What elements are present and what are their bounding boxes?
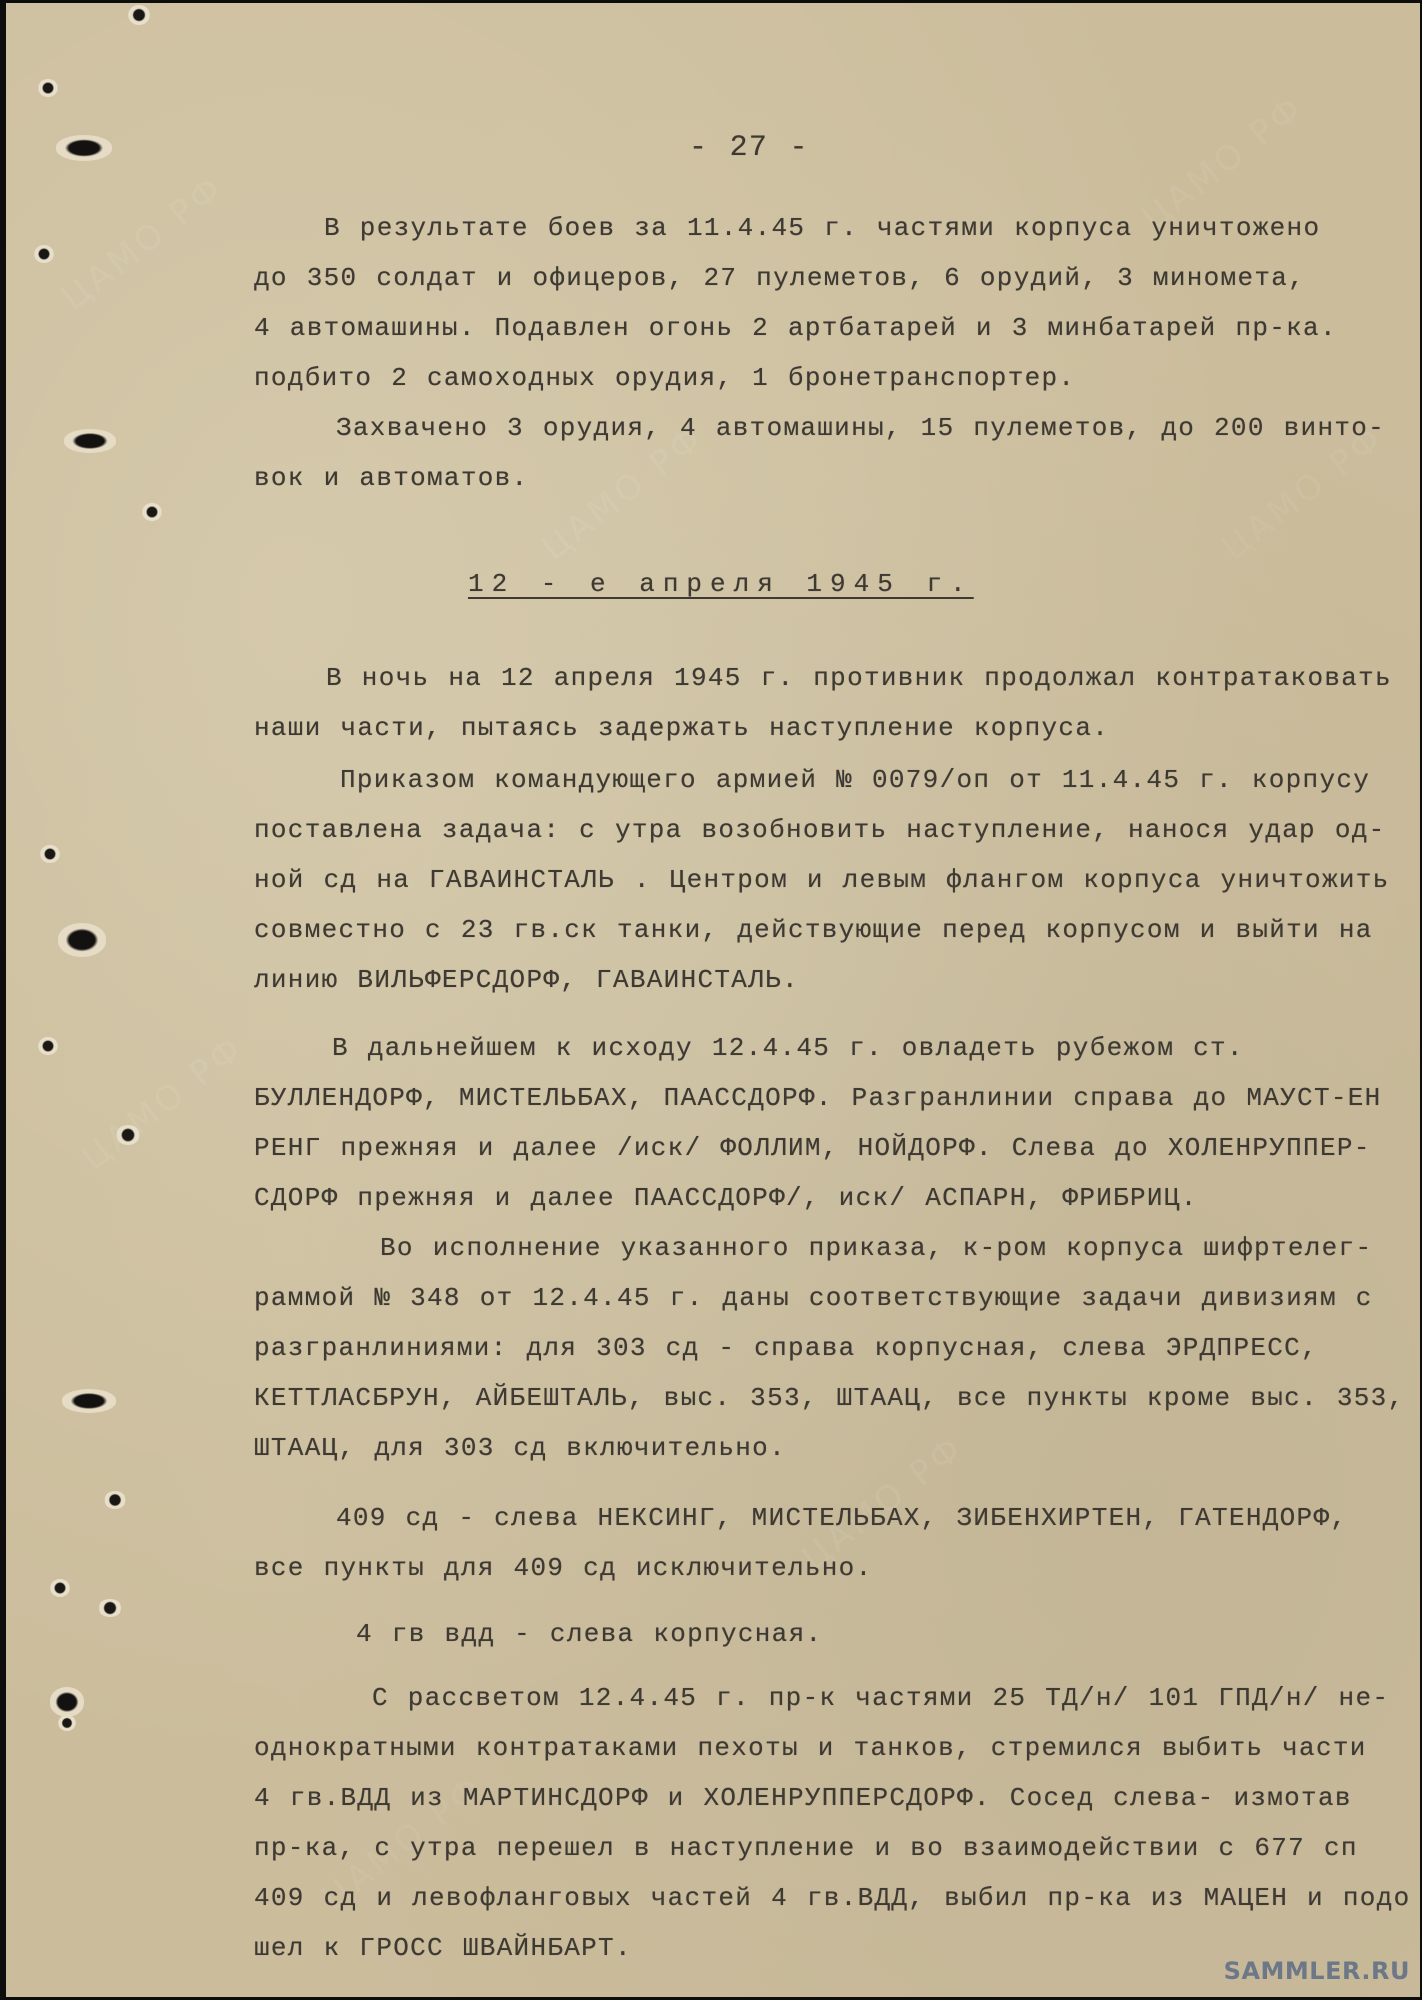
text-line: 409 сд - слева НЕКСИНГ, МИСТЕЛЬБАХ, ЗИБЕ… [336, 1503, 1347, 1533]
text-line: 4 гв.ВДД из МАРТИНСДОРФ и ХОЛЕНРУППЕРСДО… [254, 1783, 1352, 1813]
text-line: КЕТТЛАСБРУН, АЙБЕШТАЛЬ, выс. 353, ШТААЦ,… [254, 1383, 1404, 1413]
text-line: наши части, пытаясь задержать наступлени… [254, 713, 1109, 743]
text-line: шел к ГРОСС ШВАЙНБАРТ. [254, 1933, 632, 1963]
text-line: линию ВИЛЬФЕРСДОРФ, ГАВАИНСТАЛЬ. [254, 965, 799, 995]
text-line: Приказом командующего армией № 0079/оп о… [340, 765, 1370, 795]
section-heading: 12 - е апреля 1945 г. [468, 569, 974, 599]
text-line: В результате боев за 11.4.45 г. частями … [324, 213, 1320, 243]
page-number: - 27 - [689, 131, 809, 165]
text-line: 4 гв вдд - слева корпусная. [356, 1619, 822, 1649]
text-line: поставлена задача: с утра возобновить на… [254, 815, 1386, 845]
text-line: вок и автоматов. [254, 463, 528, 493]
text-line: все пункты для 409 сд исключительно. [254, 1553, 873, 1583]
text-line: ШТААЦ, для 303 сд включительно. [254, 1433, 786, 1463]
text-line: однократными контратаками пехоты и танко… [254, 1733, 1367, 1763]
text-line: разгранлиниями: для 303 сд - справа корп… [254, 1333, 1318, 1363]
typewritten-text: - 27 - В результате боев за 11.4.45 г. ч… [6, 3, 1420, 1997]
text-line: СДОРФ прежняя и далее ПААССДОРФ/, иск/ А… [254, 1183, 1198, 1213]
text-line: Во исполнение указанного приказа, к-ром … [380, 1233, 1372, 1263]
site-watermark: SAMMLER.RU [1224, 1957, 1410, 1985]
text-line: пр-ка, с утра перешел в наступление и во… [254, 1833, 1358, 1863]
text-line: В ночь на 12 апреля 1945 г. противник пр… [326, 663, 1392, 693]
text-line: С рассветом 12.4.45 г. пр-к частями 25 Т… [372, 1683, 1389, 1713]
text-line: РЕНГ прежняя и далее /иск/ ФОЛЛИМ, НОЙДО… [254, 1133, 1371, 1163]
text-line: подбито 2 самоходных орудия, 1 бронетран… [254, 363, 1075, 393]
text-line: Захвачено 3 орудия, 4 автомашины, 15 пул… [336, 413, 1385, 443]
text-line: раммой № 348 от 12.4.45 г. даны соответс… [254, 1283, 1373, 1313]
text-line: до 350 солдат и офицеров, 27 пулеметов, … [254, 263, 1305, 293]
text-line: 4 автомашины. Подавлен огонь 2 артбатаре… [254, 313, 1337, 343]
document-page: ЦАМО РФ ЦАМО РФ ЦАМО РФ ЦАМО РФ ЦАМО РФ … [6, 3, 1420, 1997]
text-line: ной сд на ГАВАИНСТАЛЬ . Центром и левым … [254, 865, 1390, 895]
text-line: В дальнейшем к исходу 12.4.45 г. овладет… [332, 1033, 1244, 1063]
text-line: БУЛЛЕНДОРФ, МИСТЕЛЬБАХ, ПААССДОРФ. Разгр… [254, 1083, 1382, 1113]
text-line: совместно с 23 гв.ск танки, действующие … [254, 915, 1373, 945]
text-line: 409 сд и левофланговых частей 4 гв.ВДД, … [254, 1883, 1410, 1913]
